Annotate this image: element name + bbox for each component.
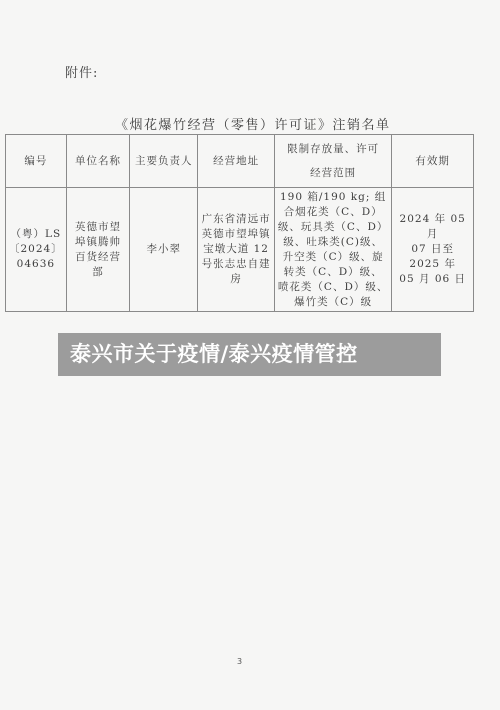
header-unit-name: 单位名称 <box>66 135 130 188</box>
address-line: 号张志忠自建 <box>201 257 271 272</box>
address-line: 英德市望埠镇 <box>201 227 271 242</box>
scope-line: 级、玩具类（C、D） <box>278 220 388 235</box>
number-line: （粤）LS <box>9 227 63 242</box>
scope-line: 爆竹类（C）级 <box>278 295 388 310</box>
header-address: 经营地址 <box>198 135 275 188</box>
address-line: 广东省清远市 <box>201 212 271 227</box>
header-scope-line2: 经营范围 <box>278 163 388 183</box>
address-line: 房 <box>201 272 271 287</box>
document-title: 《烟花爆竹经营（零售）许可证》注销名单 <box>115 114 391 133</box>
scope-line: 转类（C、D）级、 <box>278 265 388 280</box>
cell-validity: 2024 年 05 月 07 日至 2025 年 05 月 06 日 <box>392 188 474 312</box>
number-line: 〔2024〕 <box>9 242 63 257</box>
scope-line: 级、吐珠类(C)级、 <box>278 235 388 250</box>
scope-line: 190 箱/190 kg; 组 <box>278 190 388 205</box>
table-row: （粤）LS 〔2024〕 04636 英德市望 埠镇腾帅 百货经营 部 李小翠 … <box>6 188 474 312</box>
header-validity: 有效期 <box>392 135 474 188</box>
validity-line: 2024 年 05 月 <box>395 212 470 242</box>
overlay-banner: 泰兴市关于疫情/泰兴疫情管控 <box>58 333 441 376</box>
header-scope: 限制存放量、许可 经营范围 <box>274 135 391 188</box>
document-page: 附件: 《烟花爆竹经营（零售）许可证》注销名单 编号 单位名称 主要负责人 经营… <box>0 0 500 710</box>
cell-scope: 190 箱/190 kg; 组 合烟花类（C、D） 级、玩具类（C、D） 级、吐… <box>274 188 391 312</box>
page-number: 3 <box>237 657 242 666</box>
scope-line: 升空类（C）级、旋 <box>278 250 388 265</box>
address-line: 宝墩大道 12 <box>201 242 271 257</box>
unit-name-line: 百货经营 <box>70 250 127 265</box>
header-scope-line1: 限制存放量、许可 <box>278 139 388 159</box>
cell-unit-name: 英德市望 埠镇腾帅 百货经营 部 <box>66 188 130 312</box>
cell-number: （粤）LS 〔2024〕 04636 <box>6 188 67 312</box>
cell-address: 广东省清远市 英德市望埠镇 宝墩大道 12 号张志忠自建 房 <box>198 188 275 312</box>
unit-name-line: 英德市望 <box>70 220 127 235</box>
unit-name-line: 埠镇腾帅 <box>70 235 127 250</box>
number-line: 04636 <box>9 257 63 272</box>
validity-line: 05 月 06 日 <box>395 272 470 287</box>
validity-line: 07 日至 2025 年 <box>395 242 470 272</box>
header-principal: 主要负责人 <box>130 135 198 188</box>
scope-line: 合烟花类（C、D） <box>278 205 388 220</box>
attachment-label: 附件: <box>65 62 98 81</box>
cell-principal: 李小翠 <box>130 188 198 312</box>
unit-name-line: 部 <box>70 265 127 280</box>
table-header-row: 编号 单位名称 主要负责人 经营地址 限制存放量、许可 经营范围 有效期 <box>6 135 474 188</box>
revocation-list-table: 编号 单位名称 主要负责人 经营地址 限制存放量、许可 经营范围 有效期 （粤）… <box>5 134 474 312</box>
scope-line: 喷花类（C、D）级、 <box>278 280 388 295</box>
header-number: 编号 <box>6 135 67 188</box>
